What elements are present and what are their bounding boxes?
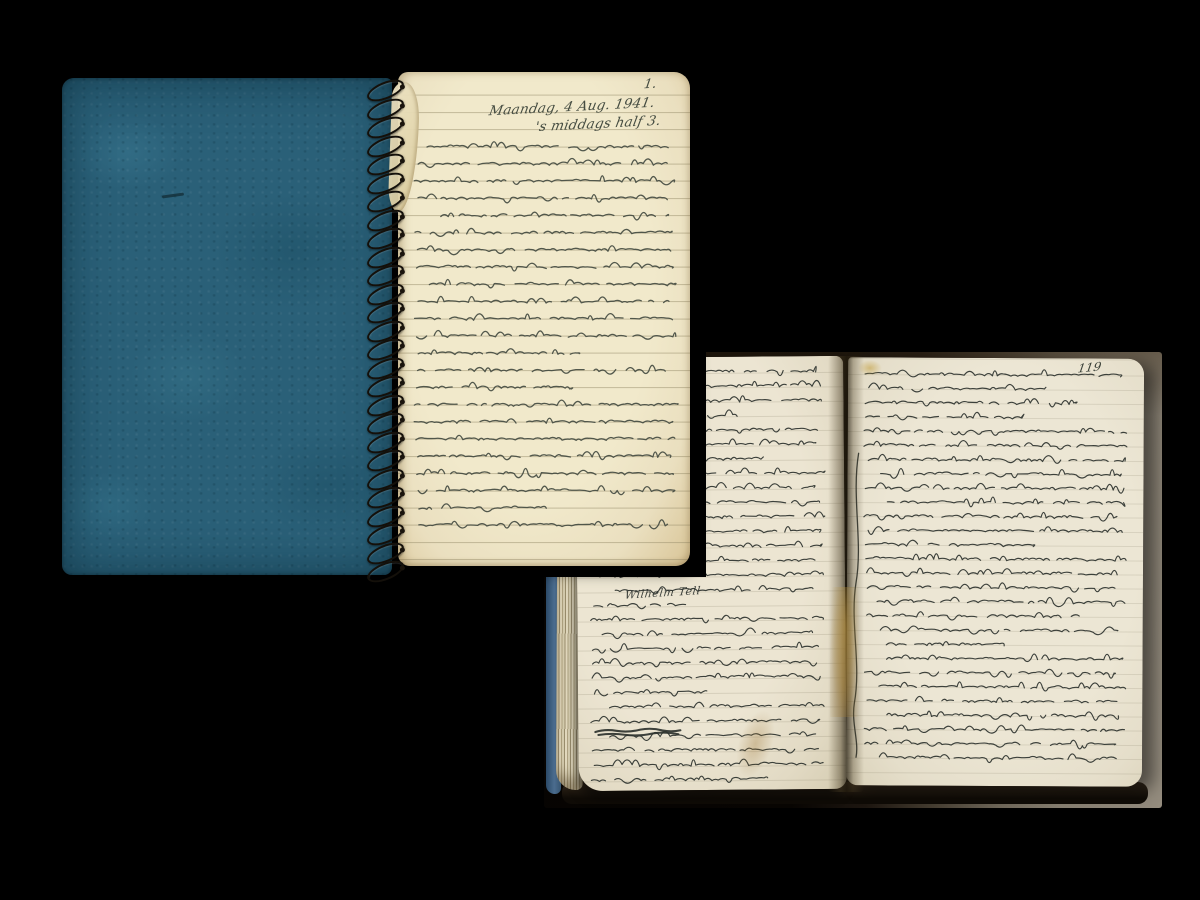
blue-felt-cover bbox=[62, 78, 392, 575]
spiral-binding bbox=[366, 82, 406, 576]
notebook-first-page: 1. Maandag, 4 Aug. 1941. 's middags half… bbox=[398, 72, 690, 566]
diary-right-page: 119 bbox=[846, 357, 1144, 787]
handwriting-notebook-page bbox=[398, 72, 690, 566]
photo-collage: Wilhelm Tell 119 1. Maandag, 4 Aug. 1941… bbox=[0, 0, 1200, 900]
book-gutter-shadow bbox=[828, 356, 864, 792]
spiral-notebook-photo: 1. Maandag, 4 Aug. 1941. 's middags half… bbox=[54, 60, 706, 577]
handwriting-right-page bbox=[846, 357, 1144, 787]
